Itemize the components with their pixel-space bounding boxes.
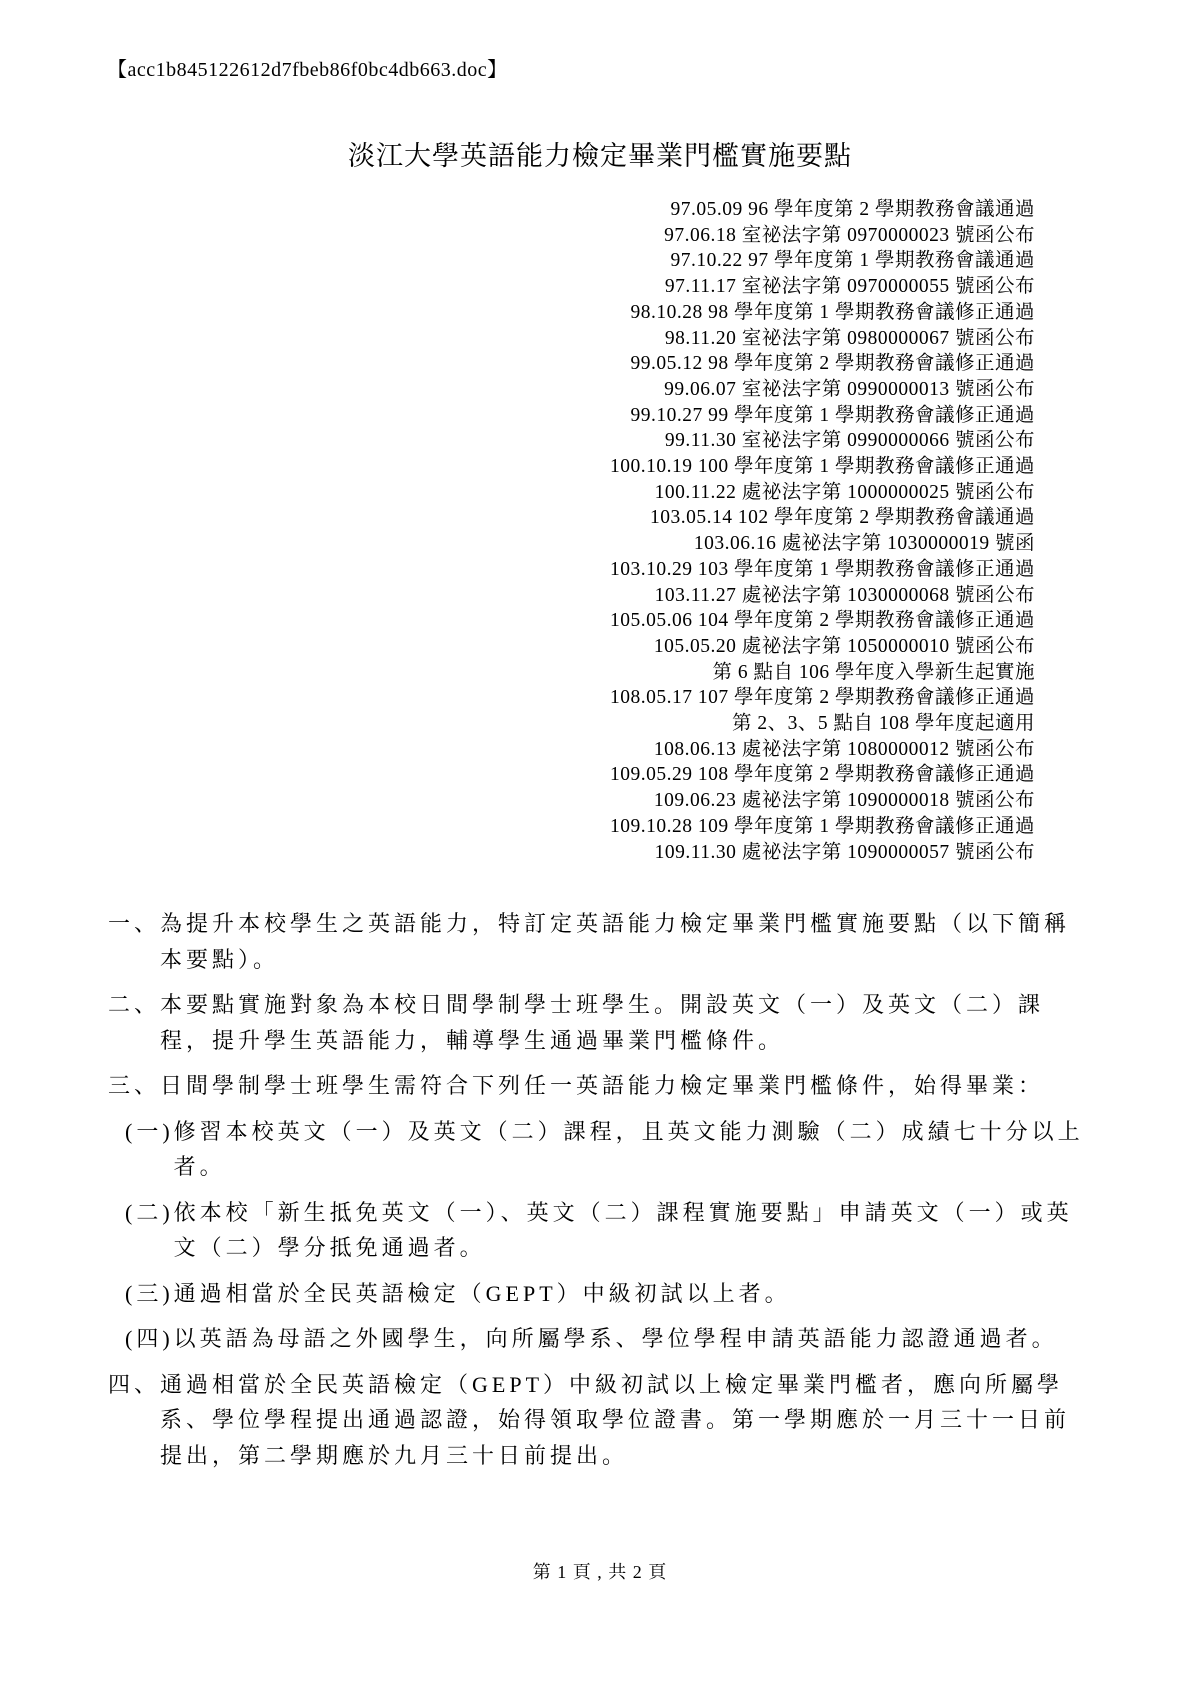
clause-3-item-4-marker: (四) [125,1321,174,1357]
clause-3-marker: 三、 [108,1068,160,1104]
revision-history: 97.05.09 96 學年度第 2 學期教務會議通過 97.06.18 室祕法… [610,197,1035,865]
revision-line: 98.11.20 室祕法字第 0980000067 號函公布 [610,326,1035,352]
clause-3-item-2-text: 依本校「新生抵免英文（一）、英文（二）課程實施要點」申請英文（一）或英文（二）學… [174,1195,1094,1266]
revision-line: 109.05.29 108 學年度第 2 學期教務會議修正通過 [610,762,1035,788]
revision-line: 109.10.28 109 學年度第 1 學期教務會議修正通過 [610,814,1035,840]
clause-1-marker: 一、 [108,906,160,977]
revision-line: 100.10.19 100 學年度第 1 學期教務會議修正通過 [610,454,1035,480]
revision-line: 105.05.20 處祕法字第 1050000010 號函公布 [610,634,1035,660]
clause-3-item-1: (一) 修習本校英文（一）及英文（二）課程，且英文能力測驗（二）成績七十分以上者… [125,1114,1094,1185]
revision-line: 109.06.23 處祕法字第 1090000018 號函公布 [610,788,1035,814]
revision-line: 108.05.17 107 學年度第 2 學期教務會議修正通過 [610,685,1035,711]
revision-line: 97.06.18 室祕法字第 0970000023 號函公布 [610,223,1035,249]
revision-line: 103.06.16 處祕法字第 1030000019 號函 [610,531,1035,557]
clause-2-marker: 二、 [108,987,160,1058]
clause-3-item-1-text: 修習本校英文（一）及英文（二）課程，且英文能力測驗（二）成績七十分以上者。 [174,1114,1094,1185]
clause-4: 四、 通過相當於全民英語檢定（GEPT）中級初試以上檢定畢業門檻者，應向所屬學系… [108,1367,1094,1474]
revision-line: 100.11.22 處祕法字第 1000000025 號函公布 [610,480,1035,506]
revision-line: 99.10.27 99 學年度第 1 學期教務會議修正通過 [610,403,1035,429]
clause-3: 三、 日間學制學士班學生需符合下列任一英語能力檢定畢業門檻條件，始得畢業： [108,1068,1094,1104]
revision-note: 第 2、3、5 點自 108 學年度起適用 [610,711,1035,737]
page-title: 淡江大學英語能力檢定畢業門檻實施要點 [0,134,1200,173]
clause-1: 一、 為提升本校學生之英語能力，特訂定英語能力檢定畢業門檻實施要點（以下簡稱本要… [108,906,1094,977]
clause-3-item-4-text: 以英語為母語之外國學生，向所屬學系、學位學程申請英語能力認證通過者。 [174,1321,1094,1357]
revision-line: 99.11.30 室祕法字第 0990000066 號函公布 [610,428,1035,454]
clause-3-item-3-marker: (三) [125,1276,174,1312]
clause-3-item-2-marker: (二) [125,1195,174,1266]
clause-4-marker: 四、 [108,1367,160,1474]
clause-3-text: 日間學制學士班學生需符合下列任一英語能力檢定畢業門檻條件，始得畢業： [160,1068,1094,1104]
revision-line: 103.10.29 103 學年度第 1 學期教務會議修正通過 [610,557,1035,583]
clause-4-text: 通過相當於全民英語檢定（GEPT）中級初試以上檢定畢業門檻者，應向所屬學系、學位… [160,1367,1094,1474]
revision-line: 97.11.17 室祕法字第 0970000055 號函公布 [610,274,1035,300]
clause-2: 二、 本要點實施對象為本校日間學制學士班學生。開設英文（一）及英文（二）課程，提… [108,987,1094,1058]
revision-line: 98.10.28 98 學年度第 1 學期教務會議修正通過 [610,300,1035,326]
revision-line: 97.10.22 97 學年度第 1 學期教務會議通過 [610,248,1035,274]
page-number: 第 1 頁 , 共 2 頁 [0,1558,1200,1584]
revision-line: 103.05.14 102 學年度第 2 學期教務會議通過 [610,505,1035,531]
revision-line: 99.05.12 98 學年度第 2 學期教務會議修正通過 [610,351,1035,377]
revision-line: 109.11.30 處祕法字第 1090000057 號函公布 [610,840,1035,866]
revision-line: 103.11.27 處祕法字第 1030000068 號函公布 [610,583,1035,609]
revision-line: 108.06.13 處祕法字第 1080000012 號函公布 [610,737,1035,763]
clause-3-item-1-marker: (一) [125,1114,174,1185]
clause-3-item-3-text: 通過相當於全民英語檢定（GEPT）中級初試以上者。 [174,1276,1094,1312]
revision-line: 97.05.09 96 學年度第 2 學期教務會議通過 [610,197,1035,223]
document-filename: 【acc1b845122612d7fbeb86f0bc4db663.doc】 [107,53,508,82]
revision-note: 第 6 點自 106 學年度入學新生起實施 [610,660,1035,686]
revision-line: 105.05.06 104 學年度第 2 學期教務會議修正通過 [610,608,1035,634]
clause-3-item-3: (三) 通過相當於全民英語檢定（GEPT）中級初試以上者。 [125,1276,1094,1312]
document-page: 【acc1b845122612d7fbeb86f0bc4db663.doc】 淡… [0,0,1200,1698]
clause-3-item-4: (四) 以英語為母語之外國學生，向所屬學系、學位學程申請英語能力認證通過者。 [125,1321,1094,1357]
clause-1-text: 為提升本校學生之英語能力，特訂定英語能力檢定畢業門檻實施要點（以下簡稱本要點）。 [160,906,1094,977]
clause-2-text: 本要點實施對象為本校日間學制學士班學生。開設英文（一）及英文（二）課程，提升學生… [160,987,1094,1058]
document-body: 一、 為提升本校學生之英語能力，特訂定英語能力檢定畢業門檻實施要點（以下簡稱本要… [108,906,1094,1483]
clause-3-item-2: (二) 依本校「新生抵免英文（一）、英文（二）課程實施要點」申請英文（一）或英文… [125,1195,1094,1266]
revision-line: 99.06.07 室祕法字第 0990000013 號函公布 [610,377,1035,403]
